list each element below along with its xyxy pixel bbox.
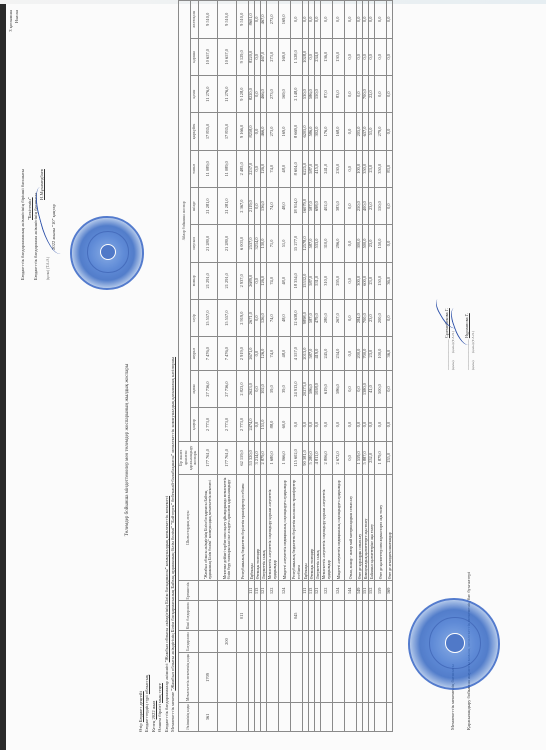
month-value-cell: 27 736,0 [218,370,237,407]
month-value-cell: 383,0 [333,187,345,224]
form-label: Нысан [14,10,19,23]
approve-word: "Бекітемін" [27,197,32,220]
month-value-cell: 310,0 [321,225,333,262]
month-value-cell: 150,0 [375,187,387,224]
month-value-cell: 27 736,0 [199,370,218,407]
org-value: "Жамбыл облысы әкімдігінің Білім басқарм… [170,357,175,691]
program-cell [279,631,291,653]
subprogram-cell: 045 [291,601,303,631]
program-cell [291,631,303,653]
month-value-cell: 7 476,0 [218,337,237,371]
month-value-cell: 150,0 [375,225,387,262]
month-value-cell: 0,0 [387,225,393,262]
month-value-cell: 21 280,0 [218,225,237,262]
header-month: қыркүйек [191,113,199,150]
month-value-cell: 83,0 [387,150,393,187]
subprogram-cell [267,601,279,631]
specifics-cell: 124 [333,581,345,601]
month-value-cell: 234,0 [333,337,345,371]
month-value-cell: 2 485,0 [237,150,249,187]
subprogram-cell [387,601,393,631]
month-value-cell: 0,0 [387,187,393,224]
month-value-cell: 136,0 [321,38,333,75]
header-month: қазан [191,75,199,112]
month-value-cell: 0,0 [387,75,393,112]
subprogram-cell: 011 [237,601,249,631]
admin-value: "Жамбыл облысы әкімдігінің Білім басқарм… [164,496,169,662]
table-row: 124Міндетті әлеуметтік медициналық сақта… [279,1,291,732]
month-value-cell: 17 835,0 [199,113,218,150]
header-month: желтоқсан [191,1,199,39]
header-month: қараша [191,38,199,75]
month-value-cell: 0,0 [345,225,357,262]
month-value-cell: 0,0 [321,408,333,442]
month-value-cell: 0,0 [345,1,357,39]
month-value-cell: 2 773,0 [199,408,218,442]
month-value-cell: 0,0 [321,1,333,39]
month-value-cell: 2 937,0 [237,262,249,299]
admin-code-cell [291,702,303,731]
month-value-cell: 2 773,0 [218,408,237,442]
admin-code-cell: 361 [199,702,218,731]
official-stamp-bottom [408,598,500,690]
header-month: шілде [191,187,199,224]
admin-code-cell [279,702,291,731]
program-cell [345,631,357,653]
table-row: 045Республикалық бюджеттен берілетін ныс… [291,1,303,732]
header-subprogram: Кіші бағдарлама [179,601,199,631]
header-month: ақпан [191,370,199,407]
header-total: Бір жылға арналған қаржыландыру жоспары [179,441,199,474]
month-value-cell: 0,0 [345,337,357,371]
subprogram-cell [333,601,345,631]
org-code-cell [267,652,279,702]
name-cell: Отын, жанар - жағар май материалдарын са… [345,474,357,580]
month-value-cell: 0,0 [333,408,345,442]
name-cell: Мемлекеттік әлеуметтік сақтандыру қорына… [267,474,279,580]
month-value-cell: 21 291,0 [218,262,237,299]
total-cell: 177 761,0 [199,441,218,474]
month-value-cell: 21 281,0 [218,187,237,224]
currency-label: Өлшем бірлігі [157,704,162,732]
month-value-cell: 279,0 [375,113,387,150]
table-row: 169Өзге де ағымдағы шығындар155,00,00,03… [387,1,393,732]
org-code-cell [333,652,345,702]
month-value-cell: 0,0 [387,299,393,336]
month-value-cell: 6 003,0 [237,225,249,262]
month-value-cell: 273,0 [267,1,279,39]
org-code-cell [237,652,249,702]
subprogram-cell [279,601,291,631]
org-code-cell [279,652,291,702]
admin-label: Бюджеттік бағдарламалар әкімшісі [164,663,169,732]
table-row: 122Мемлекеттік әлеуметтік сақтандыру қор… [267,1,279,732]
month-value-cell: 21 291,0 [199,262,218,299]
month-value-cell: 130,0 [333,38,345,75]
year-value: 2022 жыл [151,701,156,720]
accountant-sign-caption: (қолы) [471,360,475,370]
month-value-cell: 11 089,0 [199,150,218,187]
month-value-cell: 230,0 [333,150,345,187]
month-value-cell: 267,0 [333,299,345,336]
admin-code-cell [333,702,345,731]
table-row: 144Отын, жанар - жағар май материалдарын… [345,1,357,732]
month-value-cell: 245,0 [321,337,333,371]
level-label: Өзір [138,723,143,732]
name-cell: Өзге де қызметтер мен жұмыстарға ақы төл… [375,474,387,580]
header-month: сәуір [191,299,199,336]
month-value-cell: 0,0 [345,299,357,336]
month-value-cell: 500,0 [375,370,387,407]
org-code-cell [387,652,393,702]
admin-code-cell [321,702,333,731]
name-cell: Міндетті әлеуметтік медициналық сақтанды… [333,474,345,580]
month-value-cell: 74,0 [267,337,279,371]
total-cell: 0,0 [345,441,357,474]
month-value-cell: 2 919,0 [237,337,249,371]
month-value-cell: 7 476,0 [199,337,218,371]
program-cell [387,631,393,653]
month-value-cell: 169,0 [279,75,291,112]
budget-type-value: облыстық [144,675,149,694]
subprogram-cell [345,601,357,631]
admin-code-cell [375,702,387,731]
header-month: мамыр [191,262,199,299]
official-stamp-top [70,216,144,290]
month-value-cell: 168,0 [333,113,345,150]
month-value-cell: 9 166,0 [237,113,249,150]
month-value-cell: 48,0 [279,337,291,371]
month-value-cell: 0,0 [345,370,357,407]
total-cell: 115 602,0 [291,441,303,474]
month-value-cell: 273,0 [267,75,279,112]
name-cell: Мемлекеттік әлеуметтік сақтандыру қорына… [321,474,333,580]
month-value-cell: 1 528,0 [291,38,303,75]
name-cell: Міндетті әлеуметтік медициналық сақтанды… [279,474,291,580]
total-cell: 177 761,0 [218,441,237,474]
month-value-cell: 48,0 [279,150,291,187]
payment-plan-table: Әкімшінің коды Мемлекеттік мекеменің код… [178,0,393,732]
month-value-cell: 11 276,0 [199,75,218,112]
specifics-cell: 169 [387,581,393,601]
month-value-cell: 15 557,0 [218,299,237,336]
month-value-cell: 0,0 [345,38,357,75]
year-label: Кезең [151,721,156,732]
month-value-cell: 88,0 [267,408,279,442]
specifics-cell: 124 [279,581,291,601]
org-label: Мемлекеттік мекеме [170,692,175,732]
month-value-cell: 0,0 [345,113,357,150]
scanned-document: 3 қосымша Нысан Бюджеттік бағдарламаның … [0,0,546,750]
month-value-cell: 0,0 [375,38,387,75]
month-value-cell: 402,0 [321,187,333,224]
specifics-cell: 144 [345,581,357,601]
month-value-cell: 10 657,0 [218,38,237,75]
month-value-cell: 15 277,0 [291,225,303,262]
admin-code-cell [345,702,357,731]
month-value-cell: 60,0 [279,408,291,442]
header-month: наурыз [191,337,199,371]
month-value-cell: 39,0 [279,370,291,407]
month-value-cell: 48,0 [279,187,291,224]
table-row: 122Мемлекеттік әлеуметтік сақтандыру қор… [321,1,333,732]
month-value-cell: 0,0 [345,187,357,224]
specifics-cell [291,581,303,601]
month-value-cell: 169,0 [279,38,291,75]
month-value-cell: 2 919,0 [237,299,249,336]
month-value-cell: 18 354,0 [291,262,303,299]
month-value-cell: 74,0 [267,150,279,187]
month-value-cell: 9 510,0 [218,1,237,39]
month-value-cell: 200,0 [375,299,387,336]
admin-code-cell [237,702,249,731]
org-code-cell: 1709 [199,652,218,702]
month-value-cell: 74,0 [267,187,279,224]
total-cell: 1 680,0 [267,441,279,474]
table-row: 159Өзге де қызметтер мен жұмыстарға ақы … [375,1,387,732]
month-value-cell: 273,0 [267,38,279,75]
month-value-cell: 273,0 [267,113,279,150]
program-cell [199,631,218,653]
month-value-cell: 0,0 [345,150,357,187]
month-value-cell: 9 510,0 [237,1,249,39]
month-value-cell: 11 089,0 [218,150,237,187]
header-admin-code: Әкімшінің коды [179,702,199,731]
month-value-cell: 0,0 [387,1,393,39]
table-row: 3611709"Жамбыл облысы әкімдігінің Білім … [199,1,218,732]
month-value-cell: 586,0 [333,370,345,407]
subprogram-cell [199,601,218,631]
month-value-cell: 8 669,0 [291,113,303,150]
total-cell: 2 806,0 [321,441,333,474]
meta-block: Өзір Бюджет деңгейі Бюджеттердің түрі об… [138,357,176,732]
month-value-cell: 21 280,0 [199,225,218,262]
month-value-cell: 4 557,0 [291,337,303,371]
level-value: Бюджет деңгейі [138,691,143,722]
month-value-cell: 11 276,0 [218,75,237,112]
program-cell: 200 [218,631,237,653]
month-value-cell: 0,0 [387,38,393,75]
document-title: Төлемдер бойынша міндеттемелер мен төлем… [125,240,130,660]
head-name-caption: (қолы) (Т.А.Ә.) [451,331,455,353]
total-cell: 155,0 [387,441,393,474]
head-sign-caption: (қолы) [451,360,455,370]
month-value-cell: 59,0 [267,370,279,407]
month-value-cell: 74,0 [267,262,279,299]
month-value-cell: 0,0 [345,75,357,112]
subprogram-cell [218,601,237,631]
month-value-cell: 9 129,0 [237,38,249,75]
month-value-cell: 48,0 [279,262,291,299]
table-row: 124Міндетті әлеуметтік медициналық сақта… [333,1,345,732]
total-cell: 62 159,0 [237,441,249,474]
program-cell [321,631,333,653]
header-month: тамыз [191,150,199,187]
program-cell [267,631,279,653]
specifics-cell: 122 [321,581,333,601]
month-value-cell: 150,0 [375,262,387,299]
month-value-cell: 0,0 [345,262,357,299]
month-value-cell: 36,0 [387,262,393,299]
month-value-cell: 36,0 [387,337,393,371]
org-code-cell [218,652,237,702]
budget-type-label: Бюджеттердің түрі [144,695,149,732]
specifics-cell: 122 [267,581,279,601]
name-cell: Мектепке дейінгі тәрбие мен оқыту ұйымда… [218,474,237,580]
header-name: Шығыстардың атауы [179,474,199,580]
month-value-cell: 2 823,0 [237,370,249,407]
header-month: қаңтар [191,408,199,442]
month-value-cell: 0,0 [291,1,303,39]
org-code-cell [375,652,387,702]
month-value-cell: 8 604,0 [291,150,303,187]
month-value-cell: 0,0 [291,408,303,442]
month-value-cell: 2 773,0 [237,408,249,442]
month-value-cell: 18 914,0 [291,187,303,224]
month-value-cell: 100,0 [375,337,387,371]
month-value-cell: 9 128,0 [237,75,249,112]
header-org-code: Мемлекеттік мекеменің коды [179,652,199,702]
month-value-cell: 83,0 [333,75,345,112]
header-specifics: Ерекшелік [179,581,199,601]
month-value-cell: 2 367,0 [237,187,249,224]
month-value-cell: 0,0 [345,408,357,442]
month-value-cell: 176,0 [321,113,333,150]
specifics-cell: 159 [375,581,387,601]
month-value-cell: 10 657,0 [199,38,218,75]
month-value-cell: 0,0 [387,113,393,150]
name-cell: Өзге де ағымдағы шығындар [387,474,393,580]
month-value-cell: 17 835,0 [218,113,237,150]
month-value-cell: 280,0 [321,299,333,336]
month-value-cell: 241,0 [321,150,333,187]
specifics-cell [218,581,237,601]
appendix-label: 3 қосымша [8,10,13,32]
month-value-cell: 24 913,0 [291,370,303,407]
month-value-cell: 0,0 [387,370,393,407]
month-value-cell: 9 510,0 [199,1,218,39]
month-value-cell: 0,0 [387,408,393,442]
total-cell: 2 672,0 [333,441,345,474]
header-month: маусым [191,225,199,262]
program-cell [375,631,387,653]
month-value-cell: 169,0 [279,113,291,150]
org-code-cell [321,652,333,702]
name-cell: "Жамбыл облысы әкімдігінің Білім басқарм… [199,474,218,580]
total-cell: 1 066,0 [279,441,291,474]
month-value-cell: 169,0 [279,1,291,39]
table-row: 011Республикалық бюджеттен берілетін тра… [237,1,249,732]
month-value-cell: 51,0 [279,225,291,262]
month-value-cell: 619,0 [321,370,333,407]
month-value-cell: 71,0 [267,225,279,262]
month-value-cell: 21 281,0 [199,187,218,224]
admin-code-cell [267,702,279,731]
total-cell: 1 879,0 [375,441,387,474]
month-value-cell: 12 638,0 [291,299,303,336]
specifics-cell [237,581,249,601]
name-cell: Республикалық бюджеттен берілетін трансф… [237,474,249,580]
specifics-cell [199,581,218,601]
program-cell [237,631,249,653]
name-cell: Республикалық бюджеттен берілетін нысана… [291,474,303,580]
month-value-cell: 74,0 [267,299,279,336]
month-value-cell: 350,0 [375,150,387,187]
month-value-cell: 0,0 [375,408,387,442]
header-program: Бағдарлама [179,631,199,653]
month-value-cell: 87,0 [321,75,333,112]
org-code-cell [345,652,357,702]
month-value-cell: 310,0 [321,262,333,299]
month-value-cell: 295,0 [333,262,345,299]
month-value-cell: 0,0 [375,75,387,112]
month-value-cell: 0,0 [375,1,387,39]
month-value-cell: 0,0 [333,1,345,39]
currency-value: мың теңге [157,683,162,703]
program-cell [333,631,345,653]
month-value-cell: 48,0 [279,299,291,336]
header-monthly-group: Айлар бойынша жоспар [179,1,191,442]
admin-code-cell [218,702,237,731]
month-value-cell: 296,0 [333,225,345,262]
org-code-cell [291,652,303,702]
admin-code-cell [387,702,393,731]
subprogram-cell [321,601,333,631]
subprogram-cell [375,601,387,631]
month-value-cell: 15 557,0 [199,299,218,336]
document-page: 3 қосымша Нысан Бюджеттік бағдарламаның … [0,0,546,750]
month-value-cell: 2 148,0 [291,75,303,112]
table-row: 200Мектепке дейінгі тәрбие мен оқыту ұйы… [218,1,237,732]
